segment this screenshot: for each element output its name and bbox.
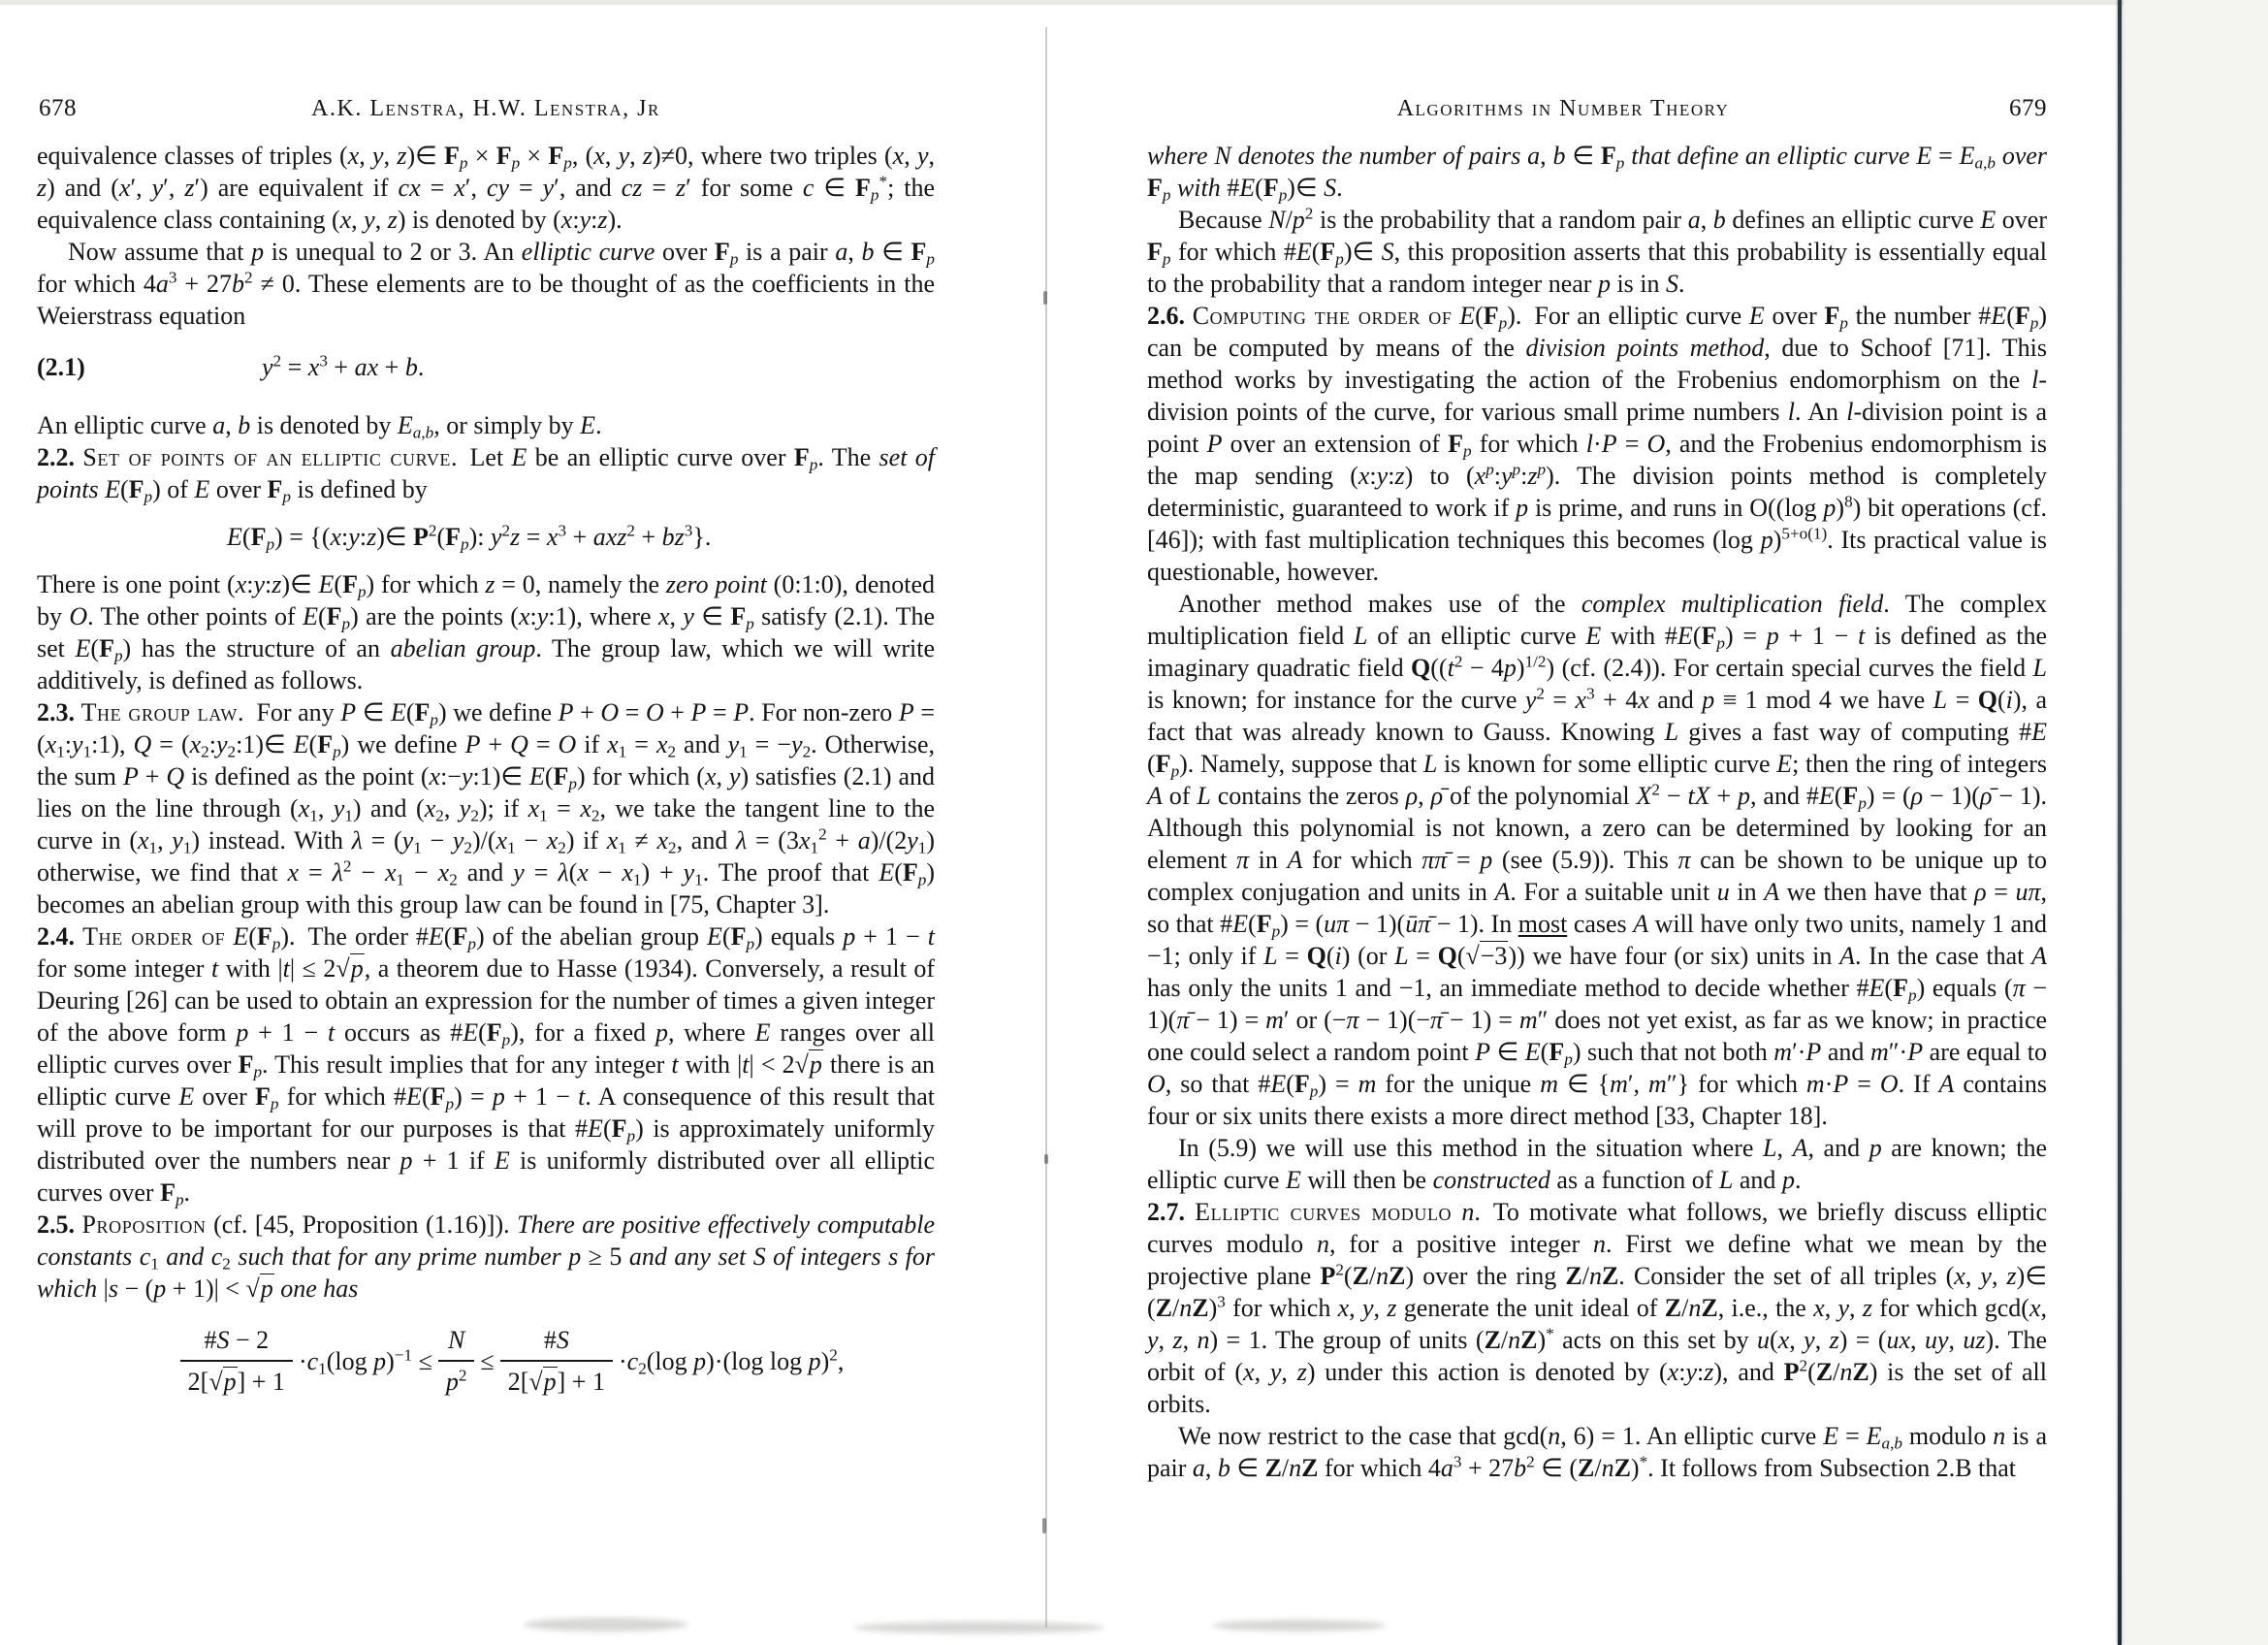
paragraph: In (5.9) we will use this method in the … (1147, 1132, 2047, 1196)
paragraph: Now assume that p is unequal to 2 or 3. … (37, 236, 935, 332)
paragraph: An elliptic curve a, b is denoted by Ea,… (37, 409, 935, 441)
fraction-numerator: #S − 2 (180, 1324, 293, 1360)
formula-operator: ·c1(log p)−1 ≤ (293, 1345, 438, 1377)
formula-operator: ≤ (474, 1345, 499, 1377)
left-page-body: equivalence classes of triples (x, y, z)… (37, 140, 935, 1398)
formula-operator: ·c2(log p)·(log log p)2, (613, 1345, 849, 1377)
section-2-2: 2.2. Set of points of an elliptic curve.… (37, 441, 935, 505)
right-page-header: Algorithms in Number Theory 679 (1147, 95, 2047, 140)
right-page: Algorithms in Number Theory 679 where N … (1047, 0, 2118, 1645)
section-2-3: 2.3. The group law. For any P ∈ E(Fp) we… (37, 696, 935, 920)
proposition-formula: #S − 2 2[√p] + 1 ·c1(log p)−1 ≤ N p2 ≤ #… (37, 1324, 935, 1398)
left-page-header: 678 A.K. Lenstra, H.W. Lenstra, Jr (37, 95, 935, 140)
right-page-body: where N denotes the number of pairs a, b… (1147, 140, 2047, 1484)
left-page: 678 A.K. Lenstra, H.W. Lenstra, Jr equiv… (0, 0, 1047, 1645)
page-edge-shadow (2118, 0, 2122, 1645)
fraction-denominator: 2[√p] + 1 (180, 1360, 293, 1398)
section-2-5: 2.5. Proposition (cf. [45, Proposition (… (37, 1209, 935, 1305)
scanner-background (2124, 0, 2268, 1645)
fraction: #S − 2 2[√p] + 1 (180, 1324, 293, 1398)
paragraph: We now restrict to the case that gcd(n, … (1147, 1420, 2047, 1484)
section-2-6: 2.6. Computing the order of E(Fp). For a… (1147, 300, 2047, 588)
section-2-4: 2.4. The order of E(Fp). The order #E(Fp… (37, 920, 935, 1209)
paragraph: where N denotes the number of pairs a, b… (1147, 140, 2047, 204)
equation-body: y2 = x3 + ax + b. (262, 351, 424, 383)
paragraph: Another method makes use of the complex … (1147, 588, 2047, 1132)
equation-2-1: (2.1) y2 = x3 + ax + b. (37, 351, 935, 390)
page-number: 679 (2009, 95, 2047, 122)
running-head: Algorithms in Number Theory (1147, 96, 1979, 122)
fraction-numerator: #S (500, 1324, 613, 1360)
paragraph: There is one point (x:y:z)∈ E(Fp) for wh… (37, 568, 935, 696)
paragraph: Because N/p2 is the probability that a r… (1147, 204, 2047, 300)
fraction: N p2 (438, 1324, 475, 1398)
running-head: A.K. Lenstra, H.W. Lenstra, Jr (37, 96, 935, 122)
equation-set-of-points: E(Fp) = {(x:y:z)∈ P2(Fp): y2z = x3 + axz… (37, 521, 935, 553)
fraction-denominator: 2[√p] + 1 (500, 1360, 613, 1398)
paragraph: equivalence classes of triples (x, y, z)… (37, 140, 935, 236)
equation-label: (2.1) (37, 351, 85, 383)
fraction-numerator: N (438, 1324, 475, 1360)
fraction-denominator: p2 (438, 1360, 475, 1398)
section-2-7: 2.7. Elliptic curves modulo n. To motiva… (1147, 1196, 2047, 1420)
fraction: #S 2[√p] + 1 (500, 1324, 613, 1398)
